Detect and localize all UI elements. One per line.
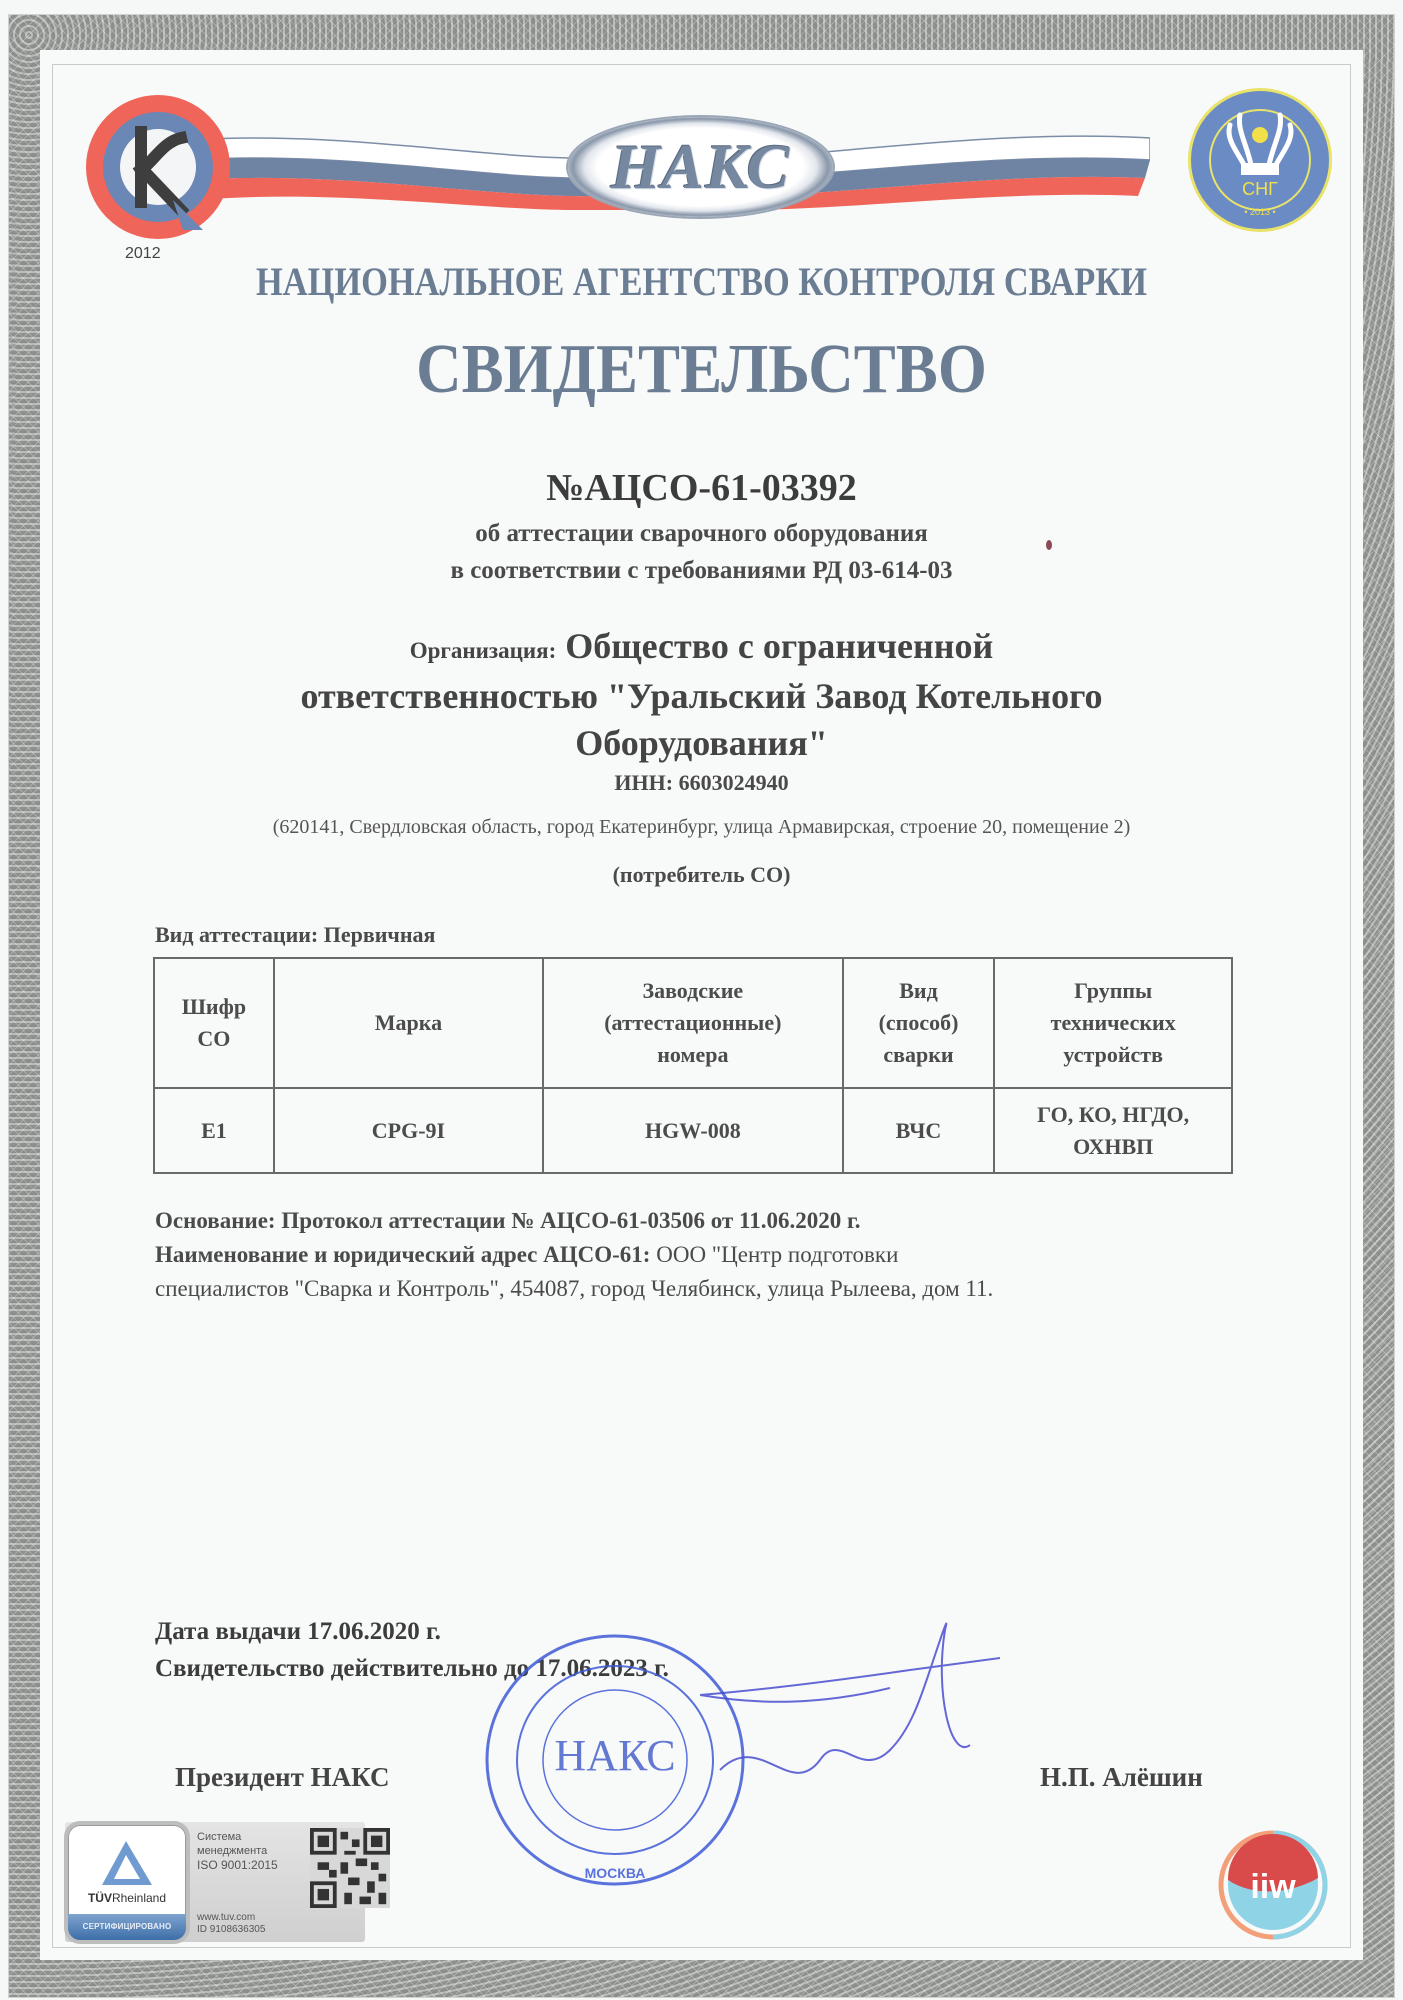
organization-inn: ИНН: 6603024940 [0, 770, 1403, 796]
organization-line-1: Организация: Общество с ограниченной [0, 625, 1403, 667]
basis-section: Основание: Протокол аттестации № АЦСО-61… [155, 1204, 1255, 1306]
cell-serial: HGW-008 [543, 1088, 843, 1173]
qr-code-icon [310, 1828, 390, 1908]
header-method: Вид(способ)сварки [843, 958, 995, 1088]
equipment-table: ШифрСО Марка Заводские(аттестационные)но… [153, 957, 1233, 1174]
organization-label: Организация: [410, 638, 556, 663]
issue-date: Дата выдачи 17.06.2020 г. [155, 1618, 441, 1646]
organization-name-1: Общество с ограниченной [565, 626, 993, 666]
attestation-type-label: Вид аттестации: [155, 922, 318, 947]
svg-text:МОСКВА: МОСКВА [585, 1865, 646, 1881]
basis-protocol: Основание: Протокол аттестации № АЦСО-61… [155, 1204, 1255, 1238]
certificate-subtitle-1: об аттестации сварочного оборудования [0, 520, 1403, 548]
certificate-number: №АЦСО-61-03392 [0, 466, 1403, 510]
organization-role: (потребитель СО) [0, 862, 1403, 888]
agency-name: НАЦИОНАЛЬНОЕ АГЕНТСТВО КОНТРОЛЯ СВАРКИ [98, 258, 1305, 305]
cell-method: ВЧС [843, 1088, 995, 1173]
signatory-position: Президент НАКС [175, 1762, 390, 1793]
tuv-triangle-icon [98, 1839, 154, 1889]
iiw-logo-icon: iiw [1218, 1830, 1328, 1940]
tuv-website: www.tuv.com [197, 1912, 265, 1924]
svg-text:СНГ: СНГ [1242, 179, 1278, 199]
cell-groups: ГО, КО, НГДО,ОХНВП [994, 1088, 1232, 1173]
header-brand: Марка [274, 958, 543, 1088]
cis-quality-award-icon: СНГ • 2013 • [1185, 85, 1335, 235]
header-groups: Группытехническихустройств [994, 958, 1232, 1088]
ink-spot [1046, 540, 1052, 550]
organization-name-3: Оборудования" [0, 722, 1403, 764]
signature-icon [700, 1610, 1000, 1810]
svg-text:• 2013 •: • 2013 • [1244, 207, 1275, 217]
organization-name-2: ответственностью "Уральский Завод Котель… [0, 675, 1403, 717]
organization-address: (620141, Свердловская область, город Ека… [0, 816, 1403, 839]
cell-code: E1 [154, 1088, 274, 1173]
tuv-system-text: Система менеджмента ISO 9001:2015 [197, 1830, 278, 1872]
certificate-subtitle-2: в соответствии с требованиями РД 03-614-… [0, 557, 1403, 585]
signatory-name: Н.П. Алёшин [1040, 1762, 1203, 1793]
basis-center: Наименование и юридический адрес АЦСО-61… [155, 1238, 1255, 1272]
svg-text:НАКС: НАКС [554, 1731, 675, 1780]
government-quality-award-icon [83, 92, 233, 242]
naks-logo: НАКС [568, 117, 833, 217]
tuv-id: ID 9108636305 [197, 1924, 265, 1936]
tuv-badge: TÜVRheinland СЕРТИФИЦИРОВАНО [68, 1825, 186, 1940]
document-title: СВИДЕТЕЛЬСТВО [70, 330, 1333, 410]
attestation-type-value: Первичная [324, 922, 436, 947]
table-header-row: ШифрСО Марка Заводские(аттестационные)но… [154, 958, 1232, 1088]
header-serial: Заводские(аттестационные)номера [543, 958, 843, 1088]
svg-text:iiw: iiw [1250, 1868, 1296, 1906]
header-code: ШифрСО [154, 958, 274, 1088]
basis-center-address: специалистов "Сварка и Контроль", 454087… [155, 1272, 1255, 1306]
cell-brand: CPG-9I [274, 1088, 543, 1173]
naks-logo-text: НАКС [611, 130, 791, 204]
tuv-web-id: www.tuv.com ID 9108636305 [197, 1912, 265, 1936]
tuv-brand: TÜVRheinland [68, 1891, 186, 1905]
attestation-type: Вид аттестации: Первичная [155, 922, 435, 948]
table-row: E1 CPG-9I HGW-008 ВЧС ГО, КО, НГДО,ОХНВП [154, 1088, 1232, 1173]
tuv-cert-label: СЕРТИФИЦИРОВАНО [68, 1914, 186, 1940]
